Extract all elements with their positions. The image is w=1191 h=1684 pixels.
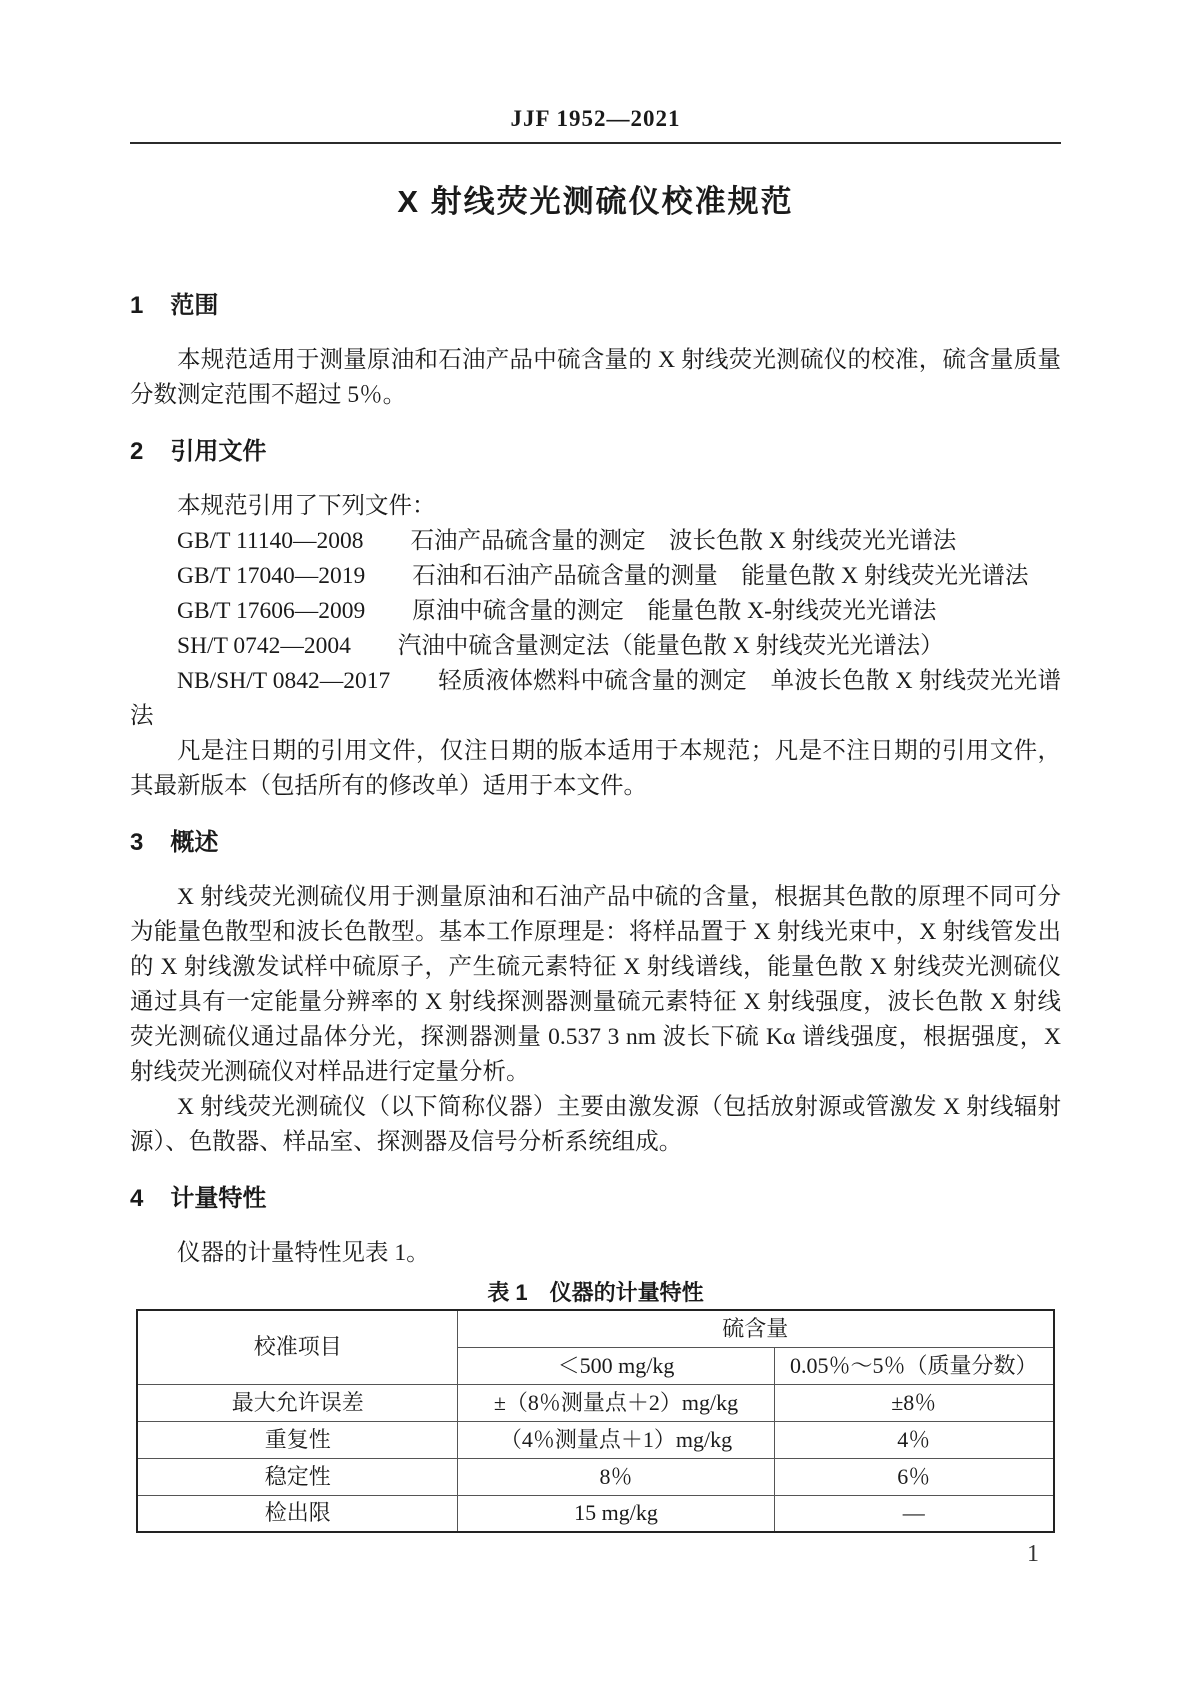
reference-item: GB/T 17040—2019 石油和石油产品硫含量的测量 能量色散 X 射线荧… — [130, 559, 1061, 594]
section-2-intro: 本规范引用了下列文件： — [130, 489, 1061, 524]
table-cell-low: 8％ — [457, 1458, 774, 1495]
section-3-number: 3 — [130, 825, 143, 861]
table-cell-item: 稳定性 — [137, 1458, 457, 1495]
section-3-paragraph-1: X 射线荧光测硫仪用于测量原油和石油产品中硫的含量，根据其色散的原理不同可分为能… — [130, 880, 1061, 1090]
section-1-paragraph: 本规范适用于测量原油和石油产品中硫含量的 X 射线荧光测硫仪的校准，硫含量质量分… — [130, 343, 1061, 413]
section-2-number: 2 — [130, 434, 143, 470]
section-3-title: 概述 — [170, 829, 218, 856]
table-row-repeatability: 重复性 （4％测量点＋1）mg/kg 4％ — [137, 1421, 1053, 1458]
table-cell-low: （4％测量点＋1）mg/kg — [457, 1421, 774, 1458]
section-2-heading: 2引用文件 — [130, 434, 1061, 470]
section-4-paragraph: 仪器的计量特性见表 1。 — [130, 1236, 1061, 1271]
table-cell-low: ±（8％测量点＋2）mg/kg — [457, 1384, 774, 1421]
section-3-paragraph-2: X 射线荧光测硫仪（以下简称仪器）主要由激发源（包括放射源或管激发 X 射线辐射… — [130, 1090, 1061, 1160]
table-cell-high: 6％ — [774, 1458, 1053, 1495]
metrology-table: 校准项目 硫含量 ＜500 mg/kg 0.05％～5％（质量分数） 最大允许误… — [136, 1309, 1054, 1533]
section-4-title: 计量特性 — [170, 1185, 266, 1212]
table-cell-high: ±8％ — [774, 1384, 1053, 1421]
section-1-number: 1 — [130, 288, 143, 324]
table-row-detection-limit: 检出限 15 mg/kg — — [137, 1495, 1053, 1532]
section-1-heading: 1范围 — [130, 288, 1061, 324]
header-rule — [130, 142, 1061, 144]
table-header-item: 校准项目 — [137, 1310, 457, 1384]
page-number: 1 — [1027, 1541, 1039, 1568]
section-2-closing: 凡是注日期的引用文件，仅注日期的版本适用于本规范；凡是不注日期的引用文件，其最新… — [130, 734, 1061, 804]
table-cell-high: — — [774, 1495, 1053, 1532]
table-cell-item: 最大允许误差 — [137, 1384, 457, 1421]
section-4-heading: 4计量特性 — [130, 1181, 1061, 1217]
table-caption: 表 1 仪器的计量特性 — [130, 1279, 1061, 1307]
reference-item: SH/T 0742—2004 汽油中硫含量测定法（能量色散 X 射线荧光光谱法） — [130, 629, 1061, 664]
table-cell-high: 4％ — [774, 1421, 1053, 1458]
document-page: JJF 1952—2021 X 射线荧光测硫仪校准规范 1范围 本规范适用于测量… — [0, 0, 1191, 1684]
table-header-sulfur-content: 硫含量 — [457, 1310, 1053, 1347]
reference-item: GB/T 11140—2008 石油产品硫含量的测定 波长色散 X 射线荧光光谱… — [130, 524, 1061, 559]
table-row-stability: 稳定性 8％ 6％ — [137, 1458, 1053, 1495]
section-3-heading: 3概述 — [130, 825, 1061, 861]
table-header-row-1: 校准项目 硫含量 — [137, 1310, 1053, 1347]
reference-item: GB/T 17606—2009 原油中硫含量的测定 能量色散 X-射线荧光光谱法 — [130, 594, 1061, 629]
table-cell-item: 检出限 — [137, 1495, 457, 1532]
table-header-high-range: 0.05％～5％（质量分数） — [774, 1347, 1053, 1384]
table-row-max-error: 最大允许误差 ±（8％测量点＋2）mg/kg ±8％ — [137, 1384, 1053, 1421]
table-header-low-range: ＜500 mg/kg — [457, 1347, 774, 1384]
document-title: X 射线荧光测硫仪校准规范 — [130, 180, 1061, 224]
standard-code: JJF 1952—2021 — [130, 0, 1061, 132]
section-1-title: 范围 — [170, 292, 218, 319]
section-4-number: 4 — [130, 1181, 143, 1217]
section-2-title: 引用文件 — [170, 438, 266, 465]
table-cell-low: 15 mg/kg — [457, 1495, 774, 1532]
reference-item: NB/SH/T 0842—2017 轻质液体燃料中硫含量的测定 单波长色散 X … — [130, 664, 1061, 734]
table-cell-item: 重复性 — [137, 1421, 457, 1458]
